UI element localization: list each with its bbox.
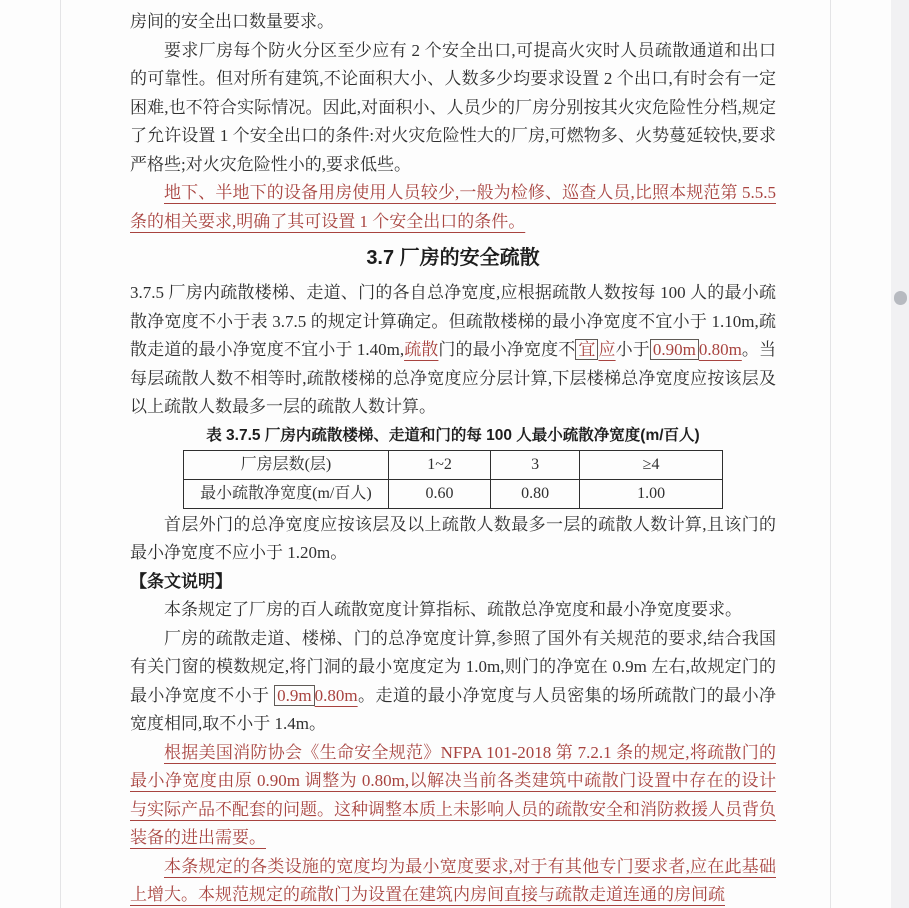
deleted-text: 宜 [575, 339, 598, 360]
inserted-revision-text: 地下、半地下的设备用房使用人员较少,一般为检修、巡查人员,比照本规范第 5.5.… [130, 183, 776, 231]
body-text: 小于 [616, 340, 650, 359]
document-page: 房间的安全出口数量要求。要求厂房每个防火分区至少应有 2 个安全出口,可提高火灾… [0, 0, 909, 908]
table-header-cell: 厂房层数(层) [184, 450, 389, 479]
paragraph: 厂房的疏散走道、楼梯、门的总净宽度计算,参照了国外有关规范的要求,结合我国有关门… [130, 625, 776, 739]
paragraph: 本条规定了厂房的百人疏散宽度计算指标、疏散总净宽度和最小净宽度要求。 [130, 596, 776, 625]
inserted-revision-text: 根据美国消防协会《生命安全规范》NFPA 101-2018 第 7.2.1 条的… [130, 743, 776, 848]
revision-paragraph: 根据美国消防协会《生命安全规范》NFPA 101-2018 第 7.2.1 条的… [130, 739, 776, 853]
table-header-cell: 3 [491, 450, 580, 479]
section-heading: 3.7 厂房的安全疏散 [130, 243, 776, 273]
spec-table: 厂房层数(层)1~23≥4最小疏散净宽度(m/百人)0.600.801.00 [183, 450, 723, 509]
document-content: 房间的安全出口数量要求。要求厂房每个防火分区至少应有 2 个安全出口,可提高火灾… [130, 8, 776, 908]
paragraph: 首层外门的总净宽度应按该层及以上疏散人数最多一层的疏散人数计算,且该门的最小净宽… [130, 511, 776, 568]
table-value-cell: 最小疏散净宽度(m/百人) [184, 479, 389, 508]
table-value-cell: 0.60 [388, 479, 490, 508]
inserted-revision-text: 0.80m [315, 686, 358, 705]
scrollbar-track[interactable] [891, 0, 909, 908]
revision-paragraph: 本条规定的各类设施的宽度均为最小宽度要求,对于有其他专门要求者,应在此基础上增大… [130, 853, 776, 908]
table-value-cell: 1.00 [580, 479, 723, 508]
table-value-cell: 0.80 [491, 479, 580, 508]
inserted-revision-text: 疏散 [404, 340, 438, 359]
revision-paragraph: 地下、半地下的设备用房使用人员较少,一般为检修、巡查人员,比照本规范第 5.5.… [130, 179, 776, 236]
paragraph: 要求厂房每个防火分区至少应有 2 个安全出口,可提高火灾时人员疏散通道和出口的可… [130, 37, 776, 180]
paragraph: 房间的安全出口数量要求。 [130, 8, 776, 37]
body-text: 首层外门的总净宽度应按该层及以上疏散人数最多一层的疏散人数计算,且该门的最小净宽… [130, 515, 776, 563]
body-text: 要求厂房每个防火分区至少应有 2 个安全出口,可提高火灾时人员疏散通道和出口的可… [130, 41, 776, 174]
inserted-revision-text: 应 [598, 340, 615, 359]
table-row: 厂房层数(层)1~23≥4 [184, 450, 723, 479]
page-right-edge [830, 0, 831, 908]
table-header-cell: ≥4 [580, 450, 723, 479]
body-text: 本条规定了厂房的百人疏散宽度计算指标、疏散总净宽度和最小净宽度要求。 [164, 600, 742, 619]
deleted-text: 0.9m [274, 685, 314, 706]
body-text: 房间的安全出口数量要求。 [130, 12, 334, 31]
inserted-revision-text: 0.80m [699, 340, 742, 359]
inserted-revision-text: 本条规定的各类设施的宽度均为最小宽度要求,对于有其他专门要求者,应在此基础上增大… [130, 857, 776, 905]
scrollbar-thumb[interactable] [894, 291, 907, 305]
table-row: 最小疏散净宽度(m/百人)0.600.801.00 [184, 479, 723, 508]
deleted-text: 0.90m [650, 339, 699, 360]
paragraph: 3.7.5 厂房内疏散楼梯、走道、门的各自总净宽度,应根据疏散人数按每 100 … [130, 279, 776, 422]
commentary-label: 【条文说明】 [130, 568, 776, 597]
table-title: 表 3.7.5 厂房内疏散楼梯、走道和门的每 100 人最小疏散净宽度(m/百人… [130, 423, 776, 449]
table-header-cell: 1~2 [388, 450, 490, 479]
body-text: 门的最小净宽度不 [438, 340, 575, 359]
page-left-edge [60, 0, 61, 908]
